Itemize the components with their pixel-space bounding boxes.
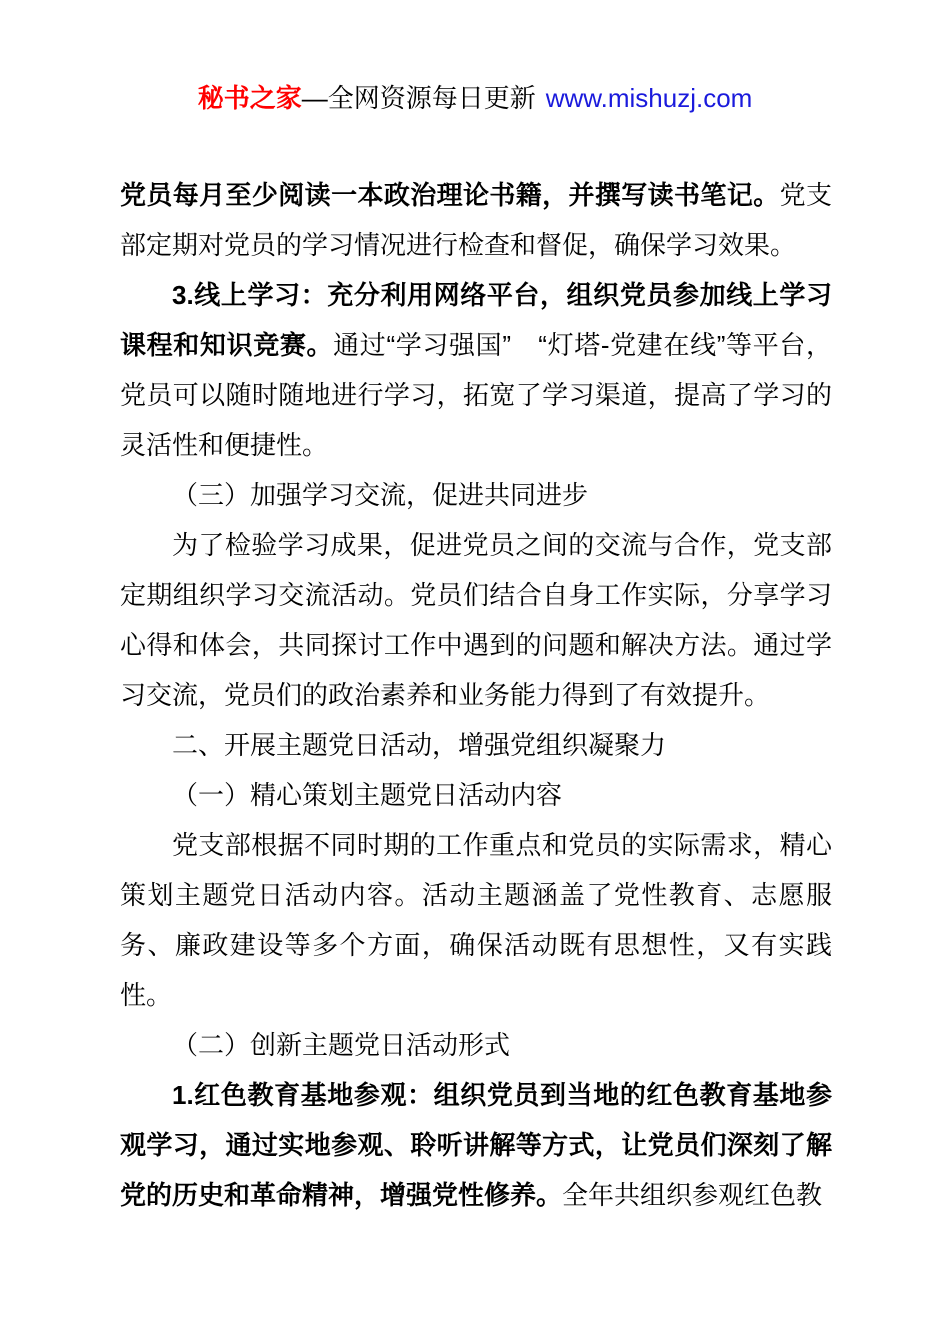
paragraph: 党员每月至少阅读一本政治理论书籍，并撰写读书笔记。党支部定期对党员的学习情况进行… <box>120 170 832 270</box>
text-run: （二）创新主题党日活动形式 <box>172 1030 510 1060</box>
text-run: （三）加强学习交流，促进共同进步 <box>172 480 588 510</box>
paragraph: 党支部根据不同时期的工作重点和党员的实际需求，精心策划主题党日活动内容。活动主题… <box>120 820 832 1020</box>
paragraph: 1.红色教育基地参观：组织党员到当地的红色教育基地参观学习，通过实地参观、聆听讲… <box>120 1070 832 1220</box>
site-brand: 秘书之家 <box>198 84 302 113</box>
paragraph: 二、开展主题党日活动，增强党组织凝聚力 <box>120 720 832 770</box>
text-run: 党支部根据不同时期的工作重点和党员的实际需求，精心策划主题党日活动内容。活动主题… <box>120 830 832 1010</box>
site-header: 秘书之家—全网资源每日更新www.mishuzj.com <box>0 82 950 115</box>
site-tagline: —全网资源每日更新 <box>302 83 536 113</box>
text-run: 全年共组织参观红色教 <box>562 1180 822 1210</box>
text-run: 为了检验学习成果，促进党员之间的交流与合作，党支部定期组织学习交流活动。党员们结… <box>120 530 832 710</box>
paragraph: 3.线上学习：充分利用网络平台，组织党员参加线上学习课程和知识竞赛。通过“学习强… <box>120 270 832 470</box>
site-url-link[interactable]: www.mishuzj.com <box>546 83 753 113</box>
text-run: 二、开展主题党日活动，增强党组织凝聚力 <box>172 730 666 760</box>
paragraph: （三）加强学习交流，促进共同进步 <box>120 470 832 520</box>
document-page: 秘书之家—全网资源每日更新www.mishuzj.com 党员每月至少阅读一本政… <box>0 0 950 1344</box>
paragraph: （一）精心策划主题党日活动内容 <box>120 770 832 820</box>
document-body: 党员每月至少阅读一本政治理论书籍，并撰写读书笔记。党支部定期对党员的学习情况进行… <box>120 170 832 1220</box>
text-run: （一）精心策划主题党日活动内容 <box>172 780 562 810</box>
text-run-bold: 党员每月至少阅读一本政治理论书籍，并撰写读书笔记。 <box>120 180 780 210</box>
paragraph: 为了检验学习成果，促进党员之间的交流与合作，党支部定期组织学习交流活动。党员们结… <box>120 520 832 720</box>
paragraph: （二）创新主题党日活动形式 <box>120 1020 832 1070</box>
